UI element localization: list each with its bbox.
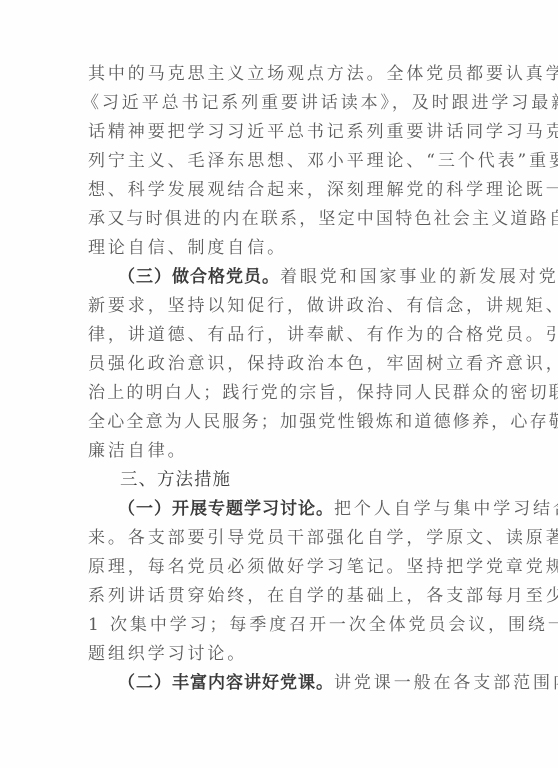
item-2-title: （二）丰富内容讲好党课。 xyxy=(118,673,334,693)
section-3-first-line: （三）做合格党员。着眼党和国家事业的新发展对党员的 xyxy=(118,263,528,292)
paragraph-line: 治上的明白人；践行党的宗旨，保持同人民群众的密切联系， xyxy=(88,379,498,408)
document-page: 其中的马克思主义立场观点方法。全体党员都要认真学习 《习近平总书记系列重要讲话读… xyxy=(0,0,558,768)
paragraph-line: 承又与时俱进的内在联系，坚定中国特色社会主义道路自信、 xyxy=(88,205,498,234)
item-2-text: 讲党课一般在各支部范围内进 xyxy=(334,673,558,693)
paragraph-line: 律，讲道德、有品行，讲奉献、有作为的合格党员。引导党 xyxy=(88,321,498,350)
section-3-text: 着眼党和国家事业的新发展对党员的 xyxy=(280,267,558,287)
paragraph-line: 全心全意为人民服务；加强党性锻炼和道德修养，心存敬畏、 xyxy=(88,408,498,437)
section-heading-methods: 三、方法措施 xyxy=(120,466,530,495)
paragraph-line: 来。各支部要引导党员干部强化自学，学原文、读原著、悟 xyxy=(88,524,498,553)
paragraph-line: 员强化政治意识，保持政治本色，牢固树立看齐意识，做政 xyxy=(88,350,498,379)
item-1-first-line: （一）开展专题学习讨论。把个人自学与集中学习结合起 xyxy=(118,495,528,524)
paragraph-line: 话精神要把学习习近平总书记系列重要讲话同学习马克思 xyxy=(88,118,498,147)
item-2-first-line: （二）丰富内容讲好党课。讲党课一般在各支部范围内进 xyxy=(118,669,528,698)
section-3-title: （三）做合格党员。 xyxy=(118,267,280,287)
paragraph-line: 题组织学习讨论。 xyxy=(88,640,498,669)
paragraph-line: 1 次集中学习；每季度召开一次全体党员会议，围绕一个专 xyxy=(88,611,498,640)
paragraph-line: 廉洁自律。 xyxy=(88,437,498,466)
item-1-title: （一）开展专题学习讨论。 xyxy=(118,499,334,519)
paragraph-line: 其中的马克思主义立场观点方法。全体党员都要认真学习 xyxy=(88,60,498,89)
paragraph-line: 列宁主义、毛泽东思想、邓小平理论、“三个代表”重要思 xyxy=(88,147,498,176)
paragraph-line: 想、科学发展观结合起来，深刻理解党的科学理论既一脉相 xyxy=(88,176,498,205)
item-1-text: 把个人自学与集中学习结合起 xyxy=(334,499,558,519)
paragraph-line: 新要求，坚持以知促行，做讲政治、有信念，讲规矩、有纪 xyxy=(88,292,498,321)
paragraph-line: 《习近平总书记系列重要讲话读本》，及时跟进学习最新讲 xyxy=(82,89,492,118)
paragraph-line: 原理，每名党员必须做好学习笔记。坚持把学党章党规、学 xyxy=(88,553,498,582)
paragraph-line: 理论自信、制度自信。 xyxy=(88,234,498,263)
paragraph-line: 系列讲话贯穿始终，在自学的基础上，各支部每月至少开展 xyxy=(88,582,498,611)
